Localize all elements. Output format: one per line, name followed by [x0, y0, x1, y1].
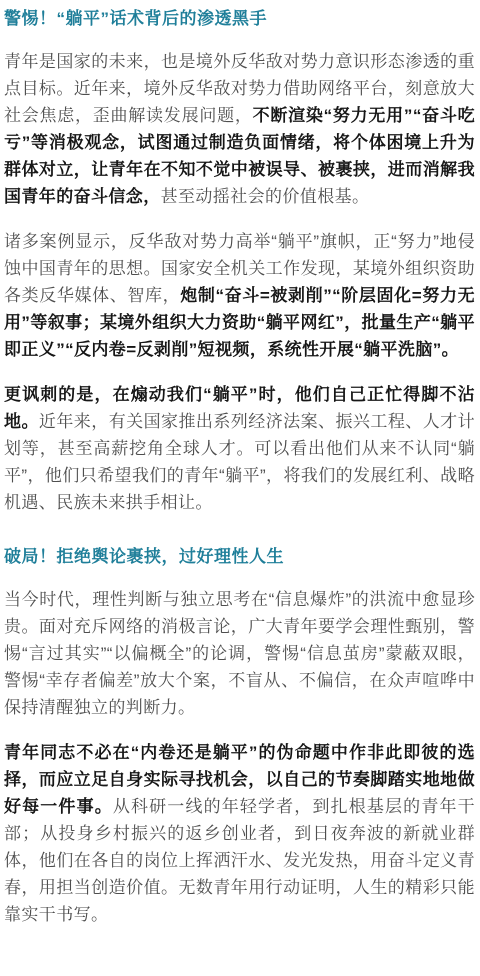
paragraph: 当今时代，理性判断与独立思考在“信息爆炸”的洪流中愈显珍贵。面对充斥网络的消极言… — [4, 586, 475, 721]
paragraph: 青年同志不必在“内卷还是躺平”的伪命题中作非此即彼的选择，而应立足自身实际寻找机… — [4, 739, 475, 928]
article-body: 警惕！“躺平”话术背后的渗透黑手青年是国家的未来，也是境外反华敌对势力意识形态渗… — [0, 0, 480, 948]
body-text: 当今时代，理性判断与独立思考在“信息爆炸”的洪流中愈显珍贵。面对充斥网络的消极言… — [4, 590, 475, 717]
section-heading: 警惕！“躺平”话术背后的渗透黑手 — [4, 8, 475, 30]
paragraph: 更讽刺的是，在煽动我们“躺平”时，他们自己正忙得脚不沾地。近年来，有关国家推出系… — [4, 381, 475, 516]
paragraph: 青年是国家的未来，也是境外反华敌对势力意识形态渗透的重点目标。近年来，境外反华敌… — [4, 48, 475, 210]
body-text: 近年来，有关国家推出系列经济法案、振兴工程、人才计划等，甚至高薪挖角全球人才。可… — [4, 412, 475, 512]
body-text: 从科研一线的年轻学者，到扎根基层的青年干部；从投身乡村振兴的返乡创业者，到日夜奔… — [4, 797, 475, 924]
section-heading: 破局！拒绝舆论裹挟，过好理性人生 — [4, 546, 475, 568]
body-text: 甚至动摇社会的价值根基。 — [161, 187, 370, 206]
paragraph: 诸多案例显示，反华敌对势力高举“躺平”旗帜，正“努力”地侵蚀中国青年的思想。国家… — [4, 228, 475, 363]
